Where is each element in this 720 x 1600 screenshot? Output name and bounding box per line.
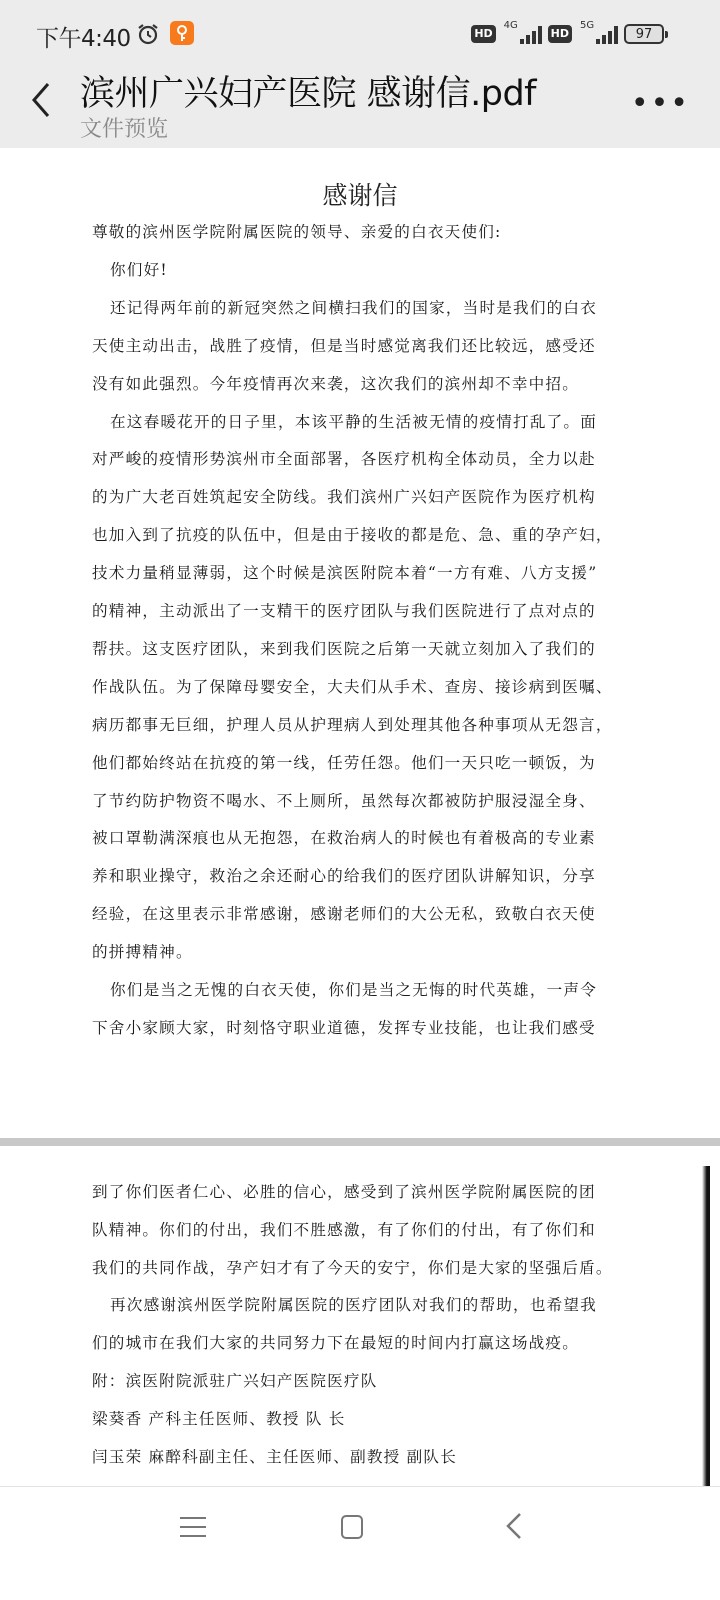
document-line: 尊敬的滨州医学院附属医院的领导、亲爱的白衣天使们:	[92, 220, 502, 242]
document-line: 梁葵香 产科主任医师、教授 队 长	[92, 1407, 346, 1429]
document-line: 对严峻的疫情形势滨州市全面部署，各医疗机构全体动员，全力以赴	[92, 447, 596, 469]
document-line: 作战队伍。为了保障母婴安全，大夫们从手术、查房、接诊病到医嘱、	[92, 675, 613, 697]
document-line: 的为广大老百姓筑起安全防线。我们滨州广兴妇产医院作为医疗机构	[92, 485, 596, 507]
document-line: 到了你们医者仁心、必胜的信心，感受到了滨州医学院附属医院的团	[92, 1180, 596, 1202]
document-line: 病历都事无巨细，护理人员从护理病人到处理其他各种事项从无怨言，	[92, 713, 613, 735]
page-separator	[0, 1138, 720, 1146]
document-line: 了节约防护物资不喝水、不上厕所，虽然每次都被防护服浸湿全身、	[92, 789, 596, 811]
hd-badge-2: HD	[548, 25, 572, 43]
scan-edge-shadow	[702, 1166, 710, 1486]
pdf-viewer[interactable]: 感谢信 尊敬的滨州医学院附属医院的领导、亲爱的白衣天使们:你们好!还记得两年前的…	[0, 148, 720, 1486]
document-line: 附：滨医附院派驻广兴妇产医院医疗队	[92, 1369, 378, 1391]
document-line: 你们好!	[110, 258, 168, 280]
signal-5g-icon: 5G	[578, 22, 618, 46]
pdf-page-1: 感谢信 尊敬的滨州医学院附属医院的领导、亲爱的白衣天使们:你们好!还记得两年前的…	[0, 148, 720, 1138]
document-line: 的精神，主动派出了一支精干的医疗团队与我们医院进行了点对点的	[92, 599, 596, 621]
pdf-page-2: 到了你们医者仁心、必胜的信心，感受到了滨州医学院附属医院的团队精神。你们的付出，…	[0, 1146, 720, 1486]
document-line: 还记得两年前的新冠突然之间横扫我们的国家，当时是我们的白衣	[110, 296, 597, 318]
document-line: 队精神。你们的付出，我们不胜感激，有了你们的付出，有了你们和	[92, 1218, 596, 1240]
status-bar: 下午4:40 HD 4G HD 5G 97	[0, 0, 720, 66]
document-line: 天使主动出击，战胜了疫情，但是当时感觉离我们还比较远，感受还	[92, 334, 596, 356]
document-line: 在这春暖花开的日子里，本该平静的生活被无情的疫情打乱了。面	[110, 410, 597, 432]
document-line: 经验，在这里表示非常感谢，感谢老师们的大公无私，致敬白衣天使	[92, 902, 596, 924]
file-subtitle: 文件预览	[80, 112, 168, 143]
file-title: 滨州广兴妇产医院 感谢信.pdf	[80, 66, 536, 116]
document-line: 技术力量稍显薄弱，这个时候是滨医附院本着“一方有难、八方支援”	[92, 561, 597, 583]
signal-4g-icon: 4G	[502, 22, 542, 46]
document-line: 你们是当之无愧的白衣天使，你们是当之无悔的时代英雄，一声令	[110, 978, 597, 1000]
document-line: 的拼搏精神。	[92, 940, 193, 962]
battery-indicator: 97	[624, 24, 664, 44]
menu-icon[interactable]	[180, 1517, 206, 1539]
app-header: 滨州广兴妇产医院 感谢信.pdf 文件预览 •••	[0, 66, 720, 148]
more-options-button[interactable]: •••	[631, 86, 690, 121]
hd-badge-1: HD	[471, 25, 495, 43]
system-nav-bar	[0, 1486, 720, 1600]
back-icon[interactable]	[502, 1511, 526, 1541]
status-time: 下午4:40	[36, 20, 131, 53]
document-line: 下舍小家顾大家，时刻恪守职业道德，发挥专业技能，也让我们感受	[92, 1016, 596, 1038]
home-icon[interactable]	[341, 1515, 363, 1539]
document-line: 再次感谢滨州医学院附属医院的医疗团队对我们的帮助，也希望我	[110, 1293, 597, 1315]
status-right: HD 4G HD 5G 97	[471, 22, 664, 46]
document-title: 感谢信	[0, 176, 720, 212]
document-line: 们的城市在我们大家的共同努力下在最短的时间内打赢这场战疫。	[92, 1331, 579, 1353]
alarm-icon	[136, 22, 160, 46]
document-line: 帮扶。这支医疗团队，来到我们医院之后第一天就立刻加入了我们的	[92, 637, 596, 659]
document-line: 闫玉荣 麻醉科副主任、主任医师、副教授 副队长	[92, 1445, 457, 1467]
document-line: 没有如此强烈。今年疫情再次来袭，这次我们的滨州却不幸中招。	[92, 372, 579, 394]
back-button[interactable]	[22, 78, 62, 122]
document-line: 养和职业操守，救治之余还耐心的给我们的医疗团队讲解知识，分享	[92, 864, 596, 886]
document-line: 被口罩勒满深痕也从无抱怨，在救治病人的时候也有着极高的专业素	[92, 826, 596, 848]
document-line: 也加入到了抗疫的队伍中，但是由于接收的都是危、急、重的孕产妇，	[92, 523, 613, 545]
document-line: 我们的共同作战，孕产妇才有了今天的安宁，你们是大家的坚强后盾。	[92, 1256, 613, 1278]
app-notification-icon	[170, 21, 194, 45]
document-line: 他们都始终站在抗疫的第一线，任劳任怨。他们一天只吃一顿饭，为	[92, 751, 596, 773]
